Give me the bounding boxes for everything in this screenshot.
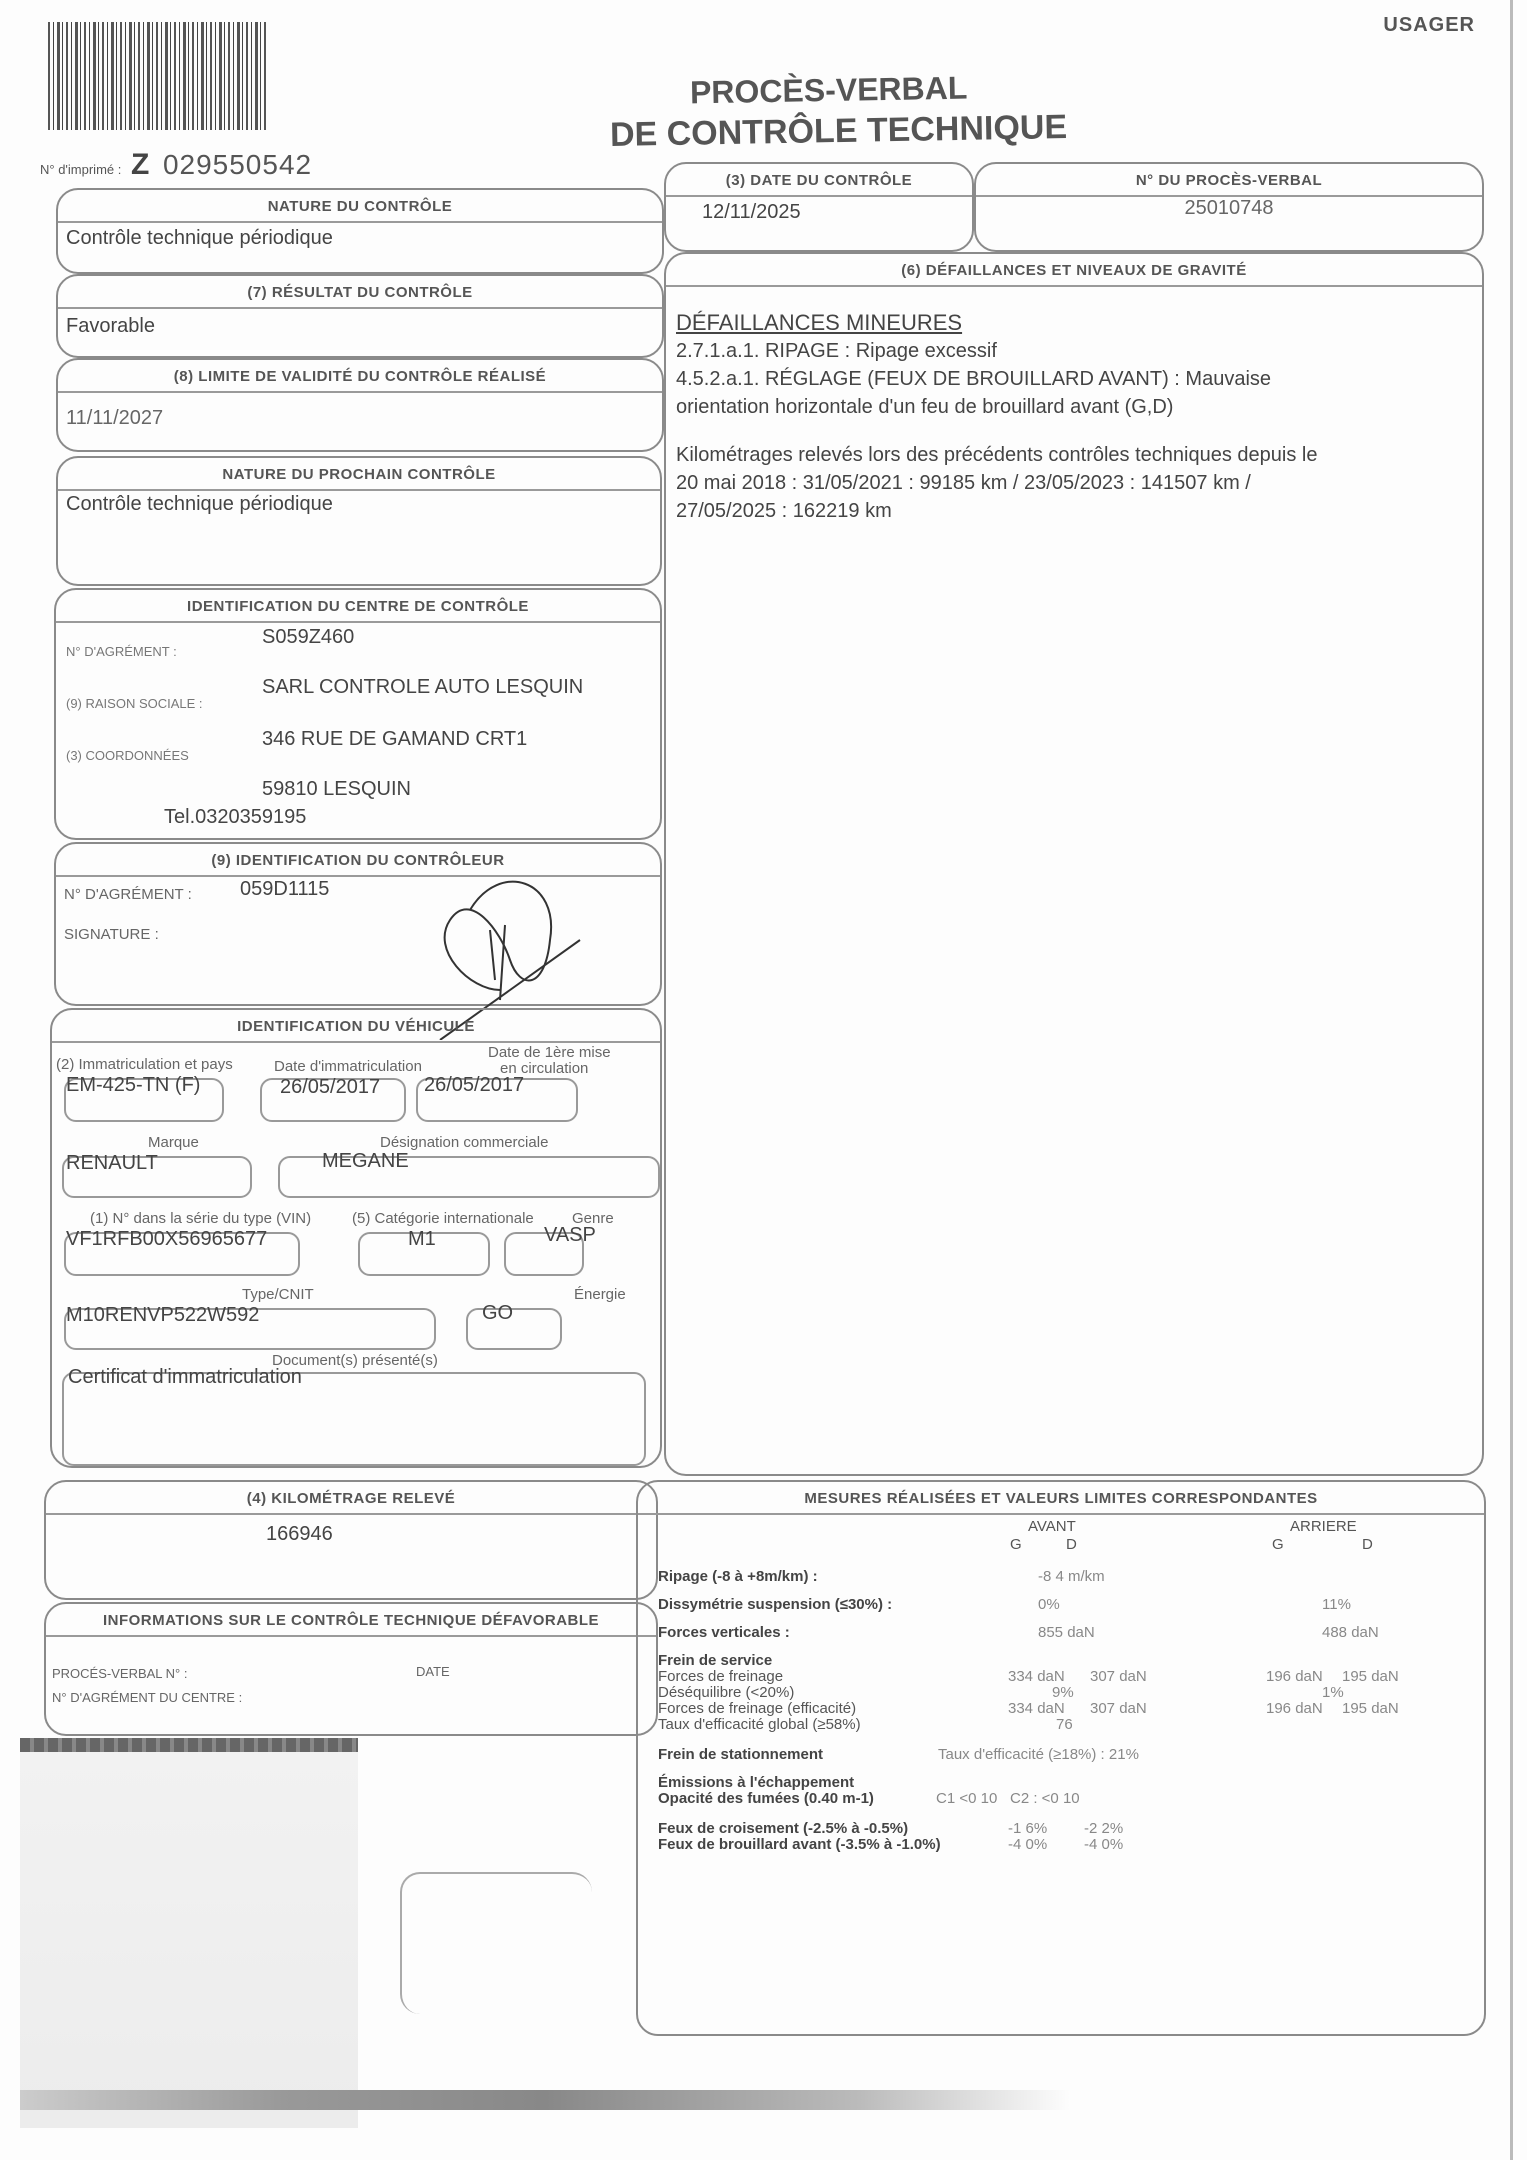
opacite-label: Opacité des fumées (0.40 m-1) (658, 1790, 874, 1807)
defaillance-item: 2.7.1.a.1. RIPAGE : Ripage excessif (676, 337, 1472, 365)
copy-label: USAGER (1383, 14, 1475, 37)
date-controle-value: 12/11/2025 (666, 197, 972, 228)
nature-controle-box: NATURE DU CONTRÔLE Contrôle technique pé… (56, 188, 664, 274)
centre-tel: Tel.0320359195 (164, 806, 306, 829)
controleur-agrement-label: N° D'AGRÉMENT : (64, 886, 192, 903)
opacite-c1: C1 <0 10 (936, 1790, 997, 1807)
taux-value: 76 (1056, 1716, 1073, 1733)
vin-value: VF1RFB00X56965677 (66, 1228, 267, 1251)
designation-label: Désignation commerciale (380, 1134, 548, 1151)
defavorable-box: INFORMATIONS SUR LE CONTRÔLE TECHNIQUE D… (44, 1602, 658, 1736)
fv-label: Forces verticales : (658, 1624, 790, 1641)
date-immat-label: Date d'immatriculation (274, 1058, 422, 1075)
centre-address1: 346 RUE DE GAMAND CRT1 (262, 728, 527, 751)
centre-agrement: S059Z460 (262, 626, 354, 649)
ff-arriere-d: 195 daN (1342, 1668, 1399, 1685)
cnit-label: Type/CNIT (242, 1286, 314, 1303)
defaillances-heading: DÉFAILLANCES MINEURES (676, 309, 1472, 337)
defaillances-content: DÉFAILLANCES MINEURES 2.7.1.a.1. RIPAGE … (666, 287, 1482, 525)
emissions-label: Émissions à l'échappement (658, 1774, 854, 1791)
documents-value: Certificat d'immatriculation (68, 1366, 302, 1389)
prochain-value: Contrôle technique périodique (58, 491, 660, 518)
energie-label: Énergie (574, 1286, 626, 1303)
ffe-avant-g: 334 daN (1008, 1700, 1065, 1717)
km-history-line: Kilométrages relevés lors des précédents… (676, 441, 1472, 469)
dissym-arriere: 11% (1322, 1596, 1351, 1613)
barcode (48, 22, 268, 130)
marque-value: RENAULT (66, 1152, 158, 1175)
brouillard-label: Feux de brouillard avant (-3.5% à -1.0%) (658, 1836, 941, 1853)
defaillances-box: (6) DÉFAILLANCES ET NIVEAUX DE GRAVITÉ D… (664, 252, 1484, 1476)
ripage-label: Ripage (-8 à +8m/km) : (658, 1568, 818, 1585)
torn-paper-area (20, 1738, 358, 2128)
nature-controle-title: NATURE DU CONTRÔLE (58, 190, 662, 223)
centre-coord-label: (3) COORDONNÉES (66, 748, 189, 763)
defavorable-date-label: DATE (416, 1664, 450, 1679)
date-controle-title: (3) DATE DU CONTRÔLE (666, 164, 972, 197)
numero-pv-title: N° DU PROCÈS-VERBAL (976, 164, 1482, 197)
controleur-agrement: 059D1115 (240, 878, 329, 901)
fv-arriere: 488 daN (1322, 1624, 1379, 1641)
mesures-title: MESURES RÉALISÉES ET VALEURS LIMITES COR… (638, 1482, 1484, 1515)
avant-header: AVANT (1028, 1518, 1076, 1535)
deseq-avant: 9% (1052, 1684, 1074, 1701)
energie-value: GO (482, 1302, 513, 1325)
dissym-avant: 0% (1038, 1596, 1060, 1613)
page-title-line2: DE CONTRÔLE TECHNIQUE (610, 108, 1068, 155)
signature-label: SIGNATURE : (64, 926, 159, 943)
km-history-line: 27/05/2025 : 162219 km (676, 497, 1472, 525)
fv-avant: 855 daN (1038, 1624, 1095, 1641)
envelope-window-outline (400, 1872, 592, 2014)
print-number: N° d'imprimé : Z 029550542 (40, 148, 312, 182)
immat-label: (2) Immatriculation et pays (56, 1056, 233, 1073)
centre-box: IDENTIFICATION DU CENTRE DE CONTRÔLE N° … (54, 588, 662, 840)
taux-label: Taux d'efficacité global (≥58%) (658, 1716, 861, 1733)
kilometrage-value: 166946 (46, 1515, 656, 1546)
brouillard-d: -4 0% (1084, 1836, 1123, 1853)
defavorable-pv-label: PROCÉS-VERBAL N° : (52, 1666, 187, 1681)
ripage-value: -8 4 m/km (1038, 1568, 1105, 1585)
categorie-value: M1 (408, 1228, 436, 1251)
croisement-d: -2 2% (1084, 1820, 1123, 1837)
validite-title: (8) LIMITE DE VALIDITÉ DU CONTRÔLE RÉALI… (58, 360, 662, 393)
avant-d-header: D (1066, 1536, 1077, 1553)
ff-arriere-g: 196 daN (1266, 1668, 1323, 1685)
centre-address2: 59810 LESQUIN (262, 778, 411, 801)
categorie-label: (5) Catégorie internationale (352, 1210, 534, 1227)
centre-title: IDENTIFICATION DU CENTRE DE CONTRÔLE (56, 590, 660, 623)
date-controle-box: (3) DATE DU CONTRÔLE 12/11/2025 (664, 162, 974, 252)
avant-g-header: G (1010, 1536, 1022, 1553)
ffe-arriere-g: 196 daN (1266, 1700, 1323, 1717)
defavorable-agrement-label: N° D'AGRÉMENT DU CENTRE : (52, 1690, 242, 1705)
energie-field (466, 1308, 562, 1350)
brouillard-g: -4 0% (1008, 1836, 1047, 1853)
arriere-d-header: D (1362, 1536, 1373, 1553)
deseq-label: Déséquilibre (<20%) (658, 1684, 794, 1701)
ffe-arriere-d: 195 daN (1342, 1700, 1399, 1717)
vehicule-box: IDENTIFICATION DU VÉHICULE (2) Immatricu… (50, 1008, 662, 1468)
prochain-title: NATURE DU PROCHAIN CONTRÔLE (58, 458, 660, 491)
opacite-c2: C2 : <0 10 (1010, 1790, 1080, 1807)
validite-value: 11/11/2027 (58, 393, 662, 444)
centre-raison: SARL CONTROLE AUTO LESQUIN (262, 676, 583, 699)
arriere-header: ARRIERE (1290, 1518, 1357, 1535)
cnit-value: M10RENVP522W592 (66, 1304, 259, 1327)
resultat-value: Favorable (58, 309, 662, 344)
deseq-arriere: 1% (1322, 1684, 1344, 1701)
date-immat-value: 26/05/2017 (280, 1076, 380, 1099)
defaillance-item: 4.5.2.a.1. RÉGLAGE (FEUX DE BROUILLARD A… (676, 365, 1472, 393)
validite-box: (8) LIMITE DE VALIDITÉ DU CONTRÔLE RÉALI… (56, 358, 664, 452)
prochain-box: NATURE DU PROCHAIN CONTRÔLE Contrôle tec… (56, 456, 662, 586)
frein-service-label: Frein de service (658, 1652, 772, 1669)
vehicule-title: IDENTIFICATION DU VÉHICULE (52, 1010, 660, 1043)
nature-controle-value: Contrôle technique périodique (58, 223, 662, 254)
ff-label: Forces de freinage (658, 1668, 783, 1685)
centre-raison-label: (9) RAISON SOCIALE : (66, 696, 203, 711)
kilometrage-box: (4) KILOMÉTRAGE RELEVÉ 166946 (44, 1480, 658, 1600)
ffe-label: Forces de freinage (efficacité) (658, 1700, 856, 1717)
resultat-box: (7) RÉSULTAT DU CONTRÔLE Favorable (56, 274, 664, 358)
numero-pv-box: N° DU PROCÈS-VERBAL 25010748 (974, 162, 1484, 252)
marque-label: Marque (148, 1134, 199, 1151)
print-number-label: N° d'imprimé : (40, 162, 121, 177)
date-circ-label-1: Date de 1ère mise (488, 1044, 611, 1061)
mesures-box: MESURES RÉALISÉES ET VALEURS LIMITES COR… (636, 1480, 1486, 2036)
defaillances-title: (6) DÉFAILLANCES ET NIVEAUX DE GRAVITÉ (666, 254, 1482, 287)
print-number-letter: Z (131, 148, 149, 181)
date-circ-value: 26/05/2017 (424, 1074, 524, 1097)
scan-bottom-shadow (20, 2090, 1070, 2110)
centre-agrement-label: N° D'AGRÉMENT : (66, 644, 177, 659)
page-right-edge (1510, 0, 1513, 2160)
frein-stat-value: Taux d'efficacité (≥18%) : 21% (938, 1746, 1139, 1763)
ff-avant-g: 334 daN (1008, 1668, 1065, 1685)
ffe-avant-d: 307 daN (1090, 1700, 1147, 1717)
dissym-label: Dissymétrie suspension (≤30%) : (658, 1596, 892, 1613)
defavorable-title: INFORMATIONS SUR LE CONTRÔLE TECHNIQUE D… (46, 1604, 656, 1637)
torn-edge (20, 1738, 358, 1752)
genre-value: VASP (544, 1224, 596, 1247)
kilometrage-title: (4) KILOMÉTRAGE RELEVÉ (46, 1482, 656, 1515)
km-history-line: 20 mai 2018 : 31/05/2021 : 99185 km / 23… (676, 469, 1472, 497)
ff-avant-d: 307 daN (1090, 1668, 1147, 1685)
print-number-value: 029550542 (163, 149, 312, 180)
croisement-g: -1 6% (1008, 1820, 1047, 1837)
resultat-title: (7) RÉSULTAT DU CONTRÔLE (58, 276, 662, 309)
frein-stat-label: Frein de stationnement (658, 1746, 823, 1763)
page-title-line1: PROCÈS-VERBAL (690, 70, 968, 112)
numero-pv-value: 25010748 (976, 197, 1482, 220)
immat-value: EM-425-TN (F) (66, 1074, 200, 1097)
defaillance-item: orientation horizontale d'un feu de brou… (676, 393, 1472, 421)
arriere-g-header: G (1272, 1536, 1284, 1553)
vin-label: (1) N° dans la série du type (VIN) (90, 1210, 311, 1227)
croisement-label: Feux de croisement (-2.5% à -0.5%) (658, 1820, 908, 1837)
designation-value: MEGANE (322, 1150, 409, 1173)
